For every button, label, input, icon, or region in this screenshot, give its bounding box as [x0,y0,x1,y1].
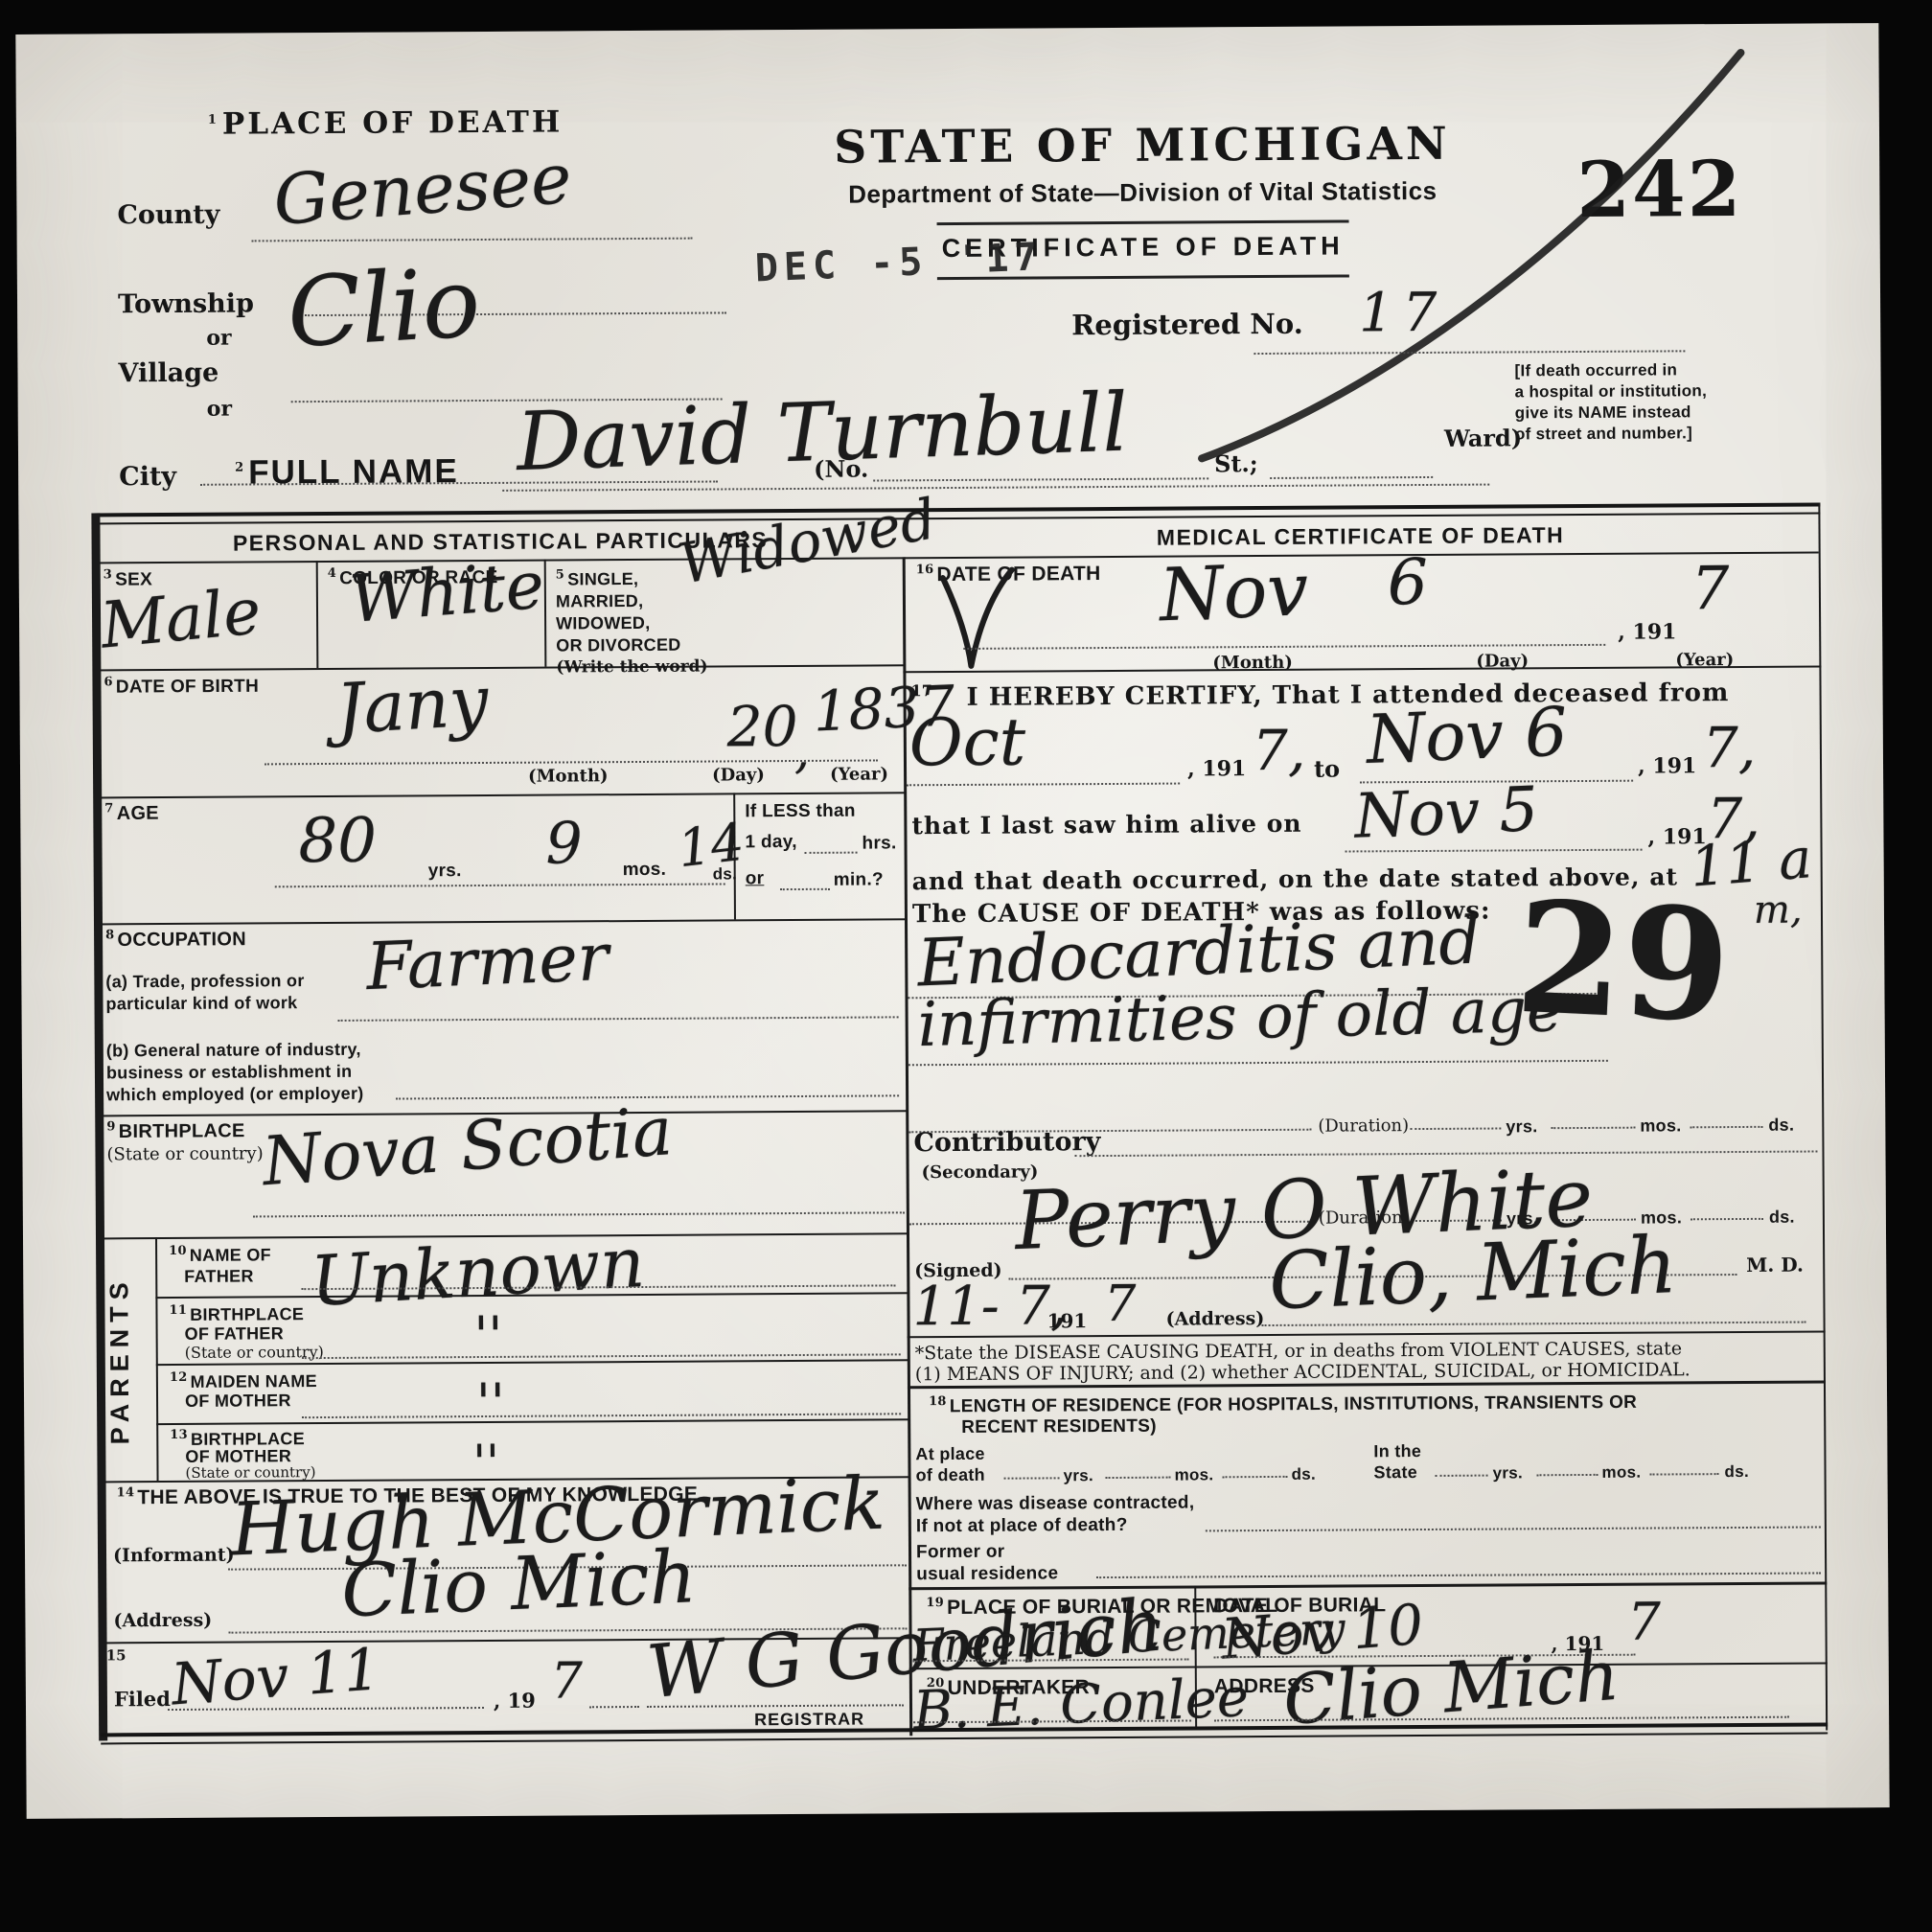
hospital-note-line: a hospital or institution, [1515,380,1783,403]
row-rule [95,792,906,798]
death-year-handwriting: 7 [1691,559,1730,618]
last-saw-handwriting: Nov 5 [1353,779,1539,848]
contributory-ds-label: ds. [1769,1208,1795,1228]
informant-address-handwriting: Clio Mich [340,1540,698,1627]
field-number: 8 [105,928,114,942]
age-yrs-label: yrs. [428,862,462,882]
full-name-heading: 2FULL NAME [235,453,459,492]
residence-rule [1436,1475,1488,1477]
age-mos-label: mos. [623,861,667,881]
age-less-note-2: 1 day, [745,833,796,853]
residence-where-rule [1206,1526,1821,1531]
physician-address-handwriting: Clio, Mich [1268,1227,1679,1322]
residence-at-place-label: At place [915,1445,985,1464]
sex-value-handwriting: Male [98,580,264,657]
marital-label-line: WIDOWED, [556,612,707,635]
mother-maiden-heading: 12MAIDEN NAME [170,1370,317,1392]
attended-to-year-handwriting: 7, [1703,720,1757,775]
full-name-value-handwriting: David Turnbull [516,382,1130,483]
occupation-a-line [338,1016,899,1022]
father-birthplace-label-line: OF FATHER [185,1324,284,1344]
ward-label: Ward) [1444,425,1522,451]
signed-year-printed: 191 [1046,1310,1087,1331]
filed-year-handwriting: 7 [551,1656,583,1706]
burial-year-handwriting: 7 [1627,1597,1661,1648]
attended-from-handwriting: Oct [909,711,1026,777]
field-number: 3 [103,567,112,582]
dob-year-sublabel: (Year) [830,765,888,784]
city-label: City [119,463,176,492]
father-name-heading: 10NAME OF [169,1244,271,1265]
case-number-handwriting: 29 [1513,881,1734,1044]
field-number: 18 [929,1394,947,1409]
occupation-b-label-line: (b) General nature of industry, [106,1041,361,1061]
father-name-label-line: NAME OF [190,1245,271,1265]
dob-comma-handwriting: , [794,727,810,775]
residence-former-rule [1096,1572,1821,1578]
birthplace-note: (State or country) [106,1144,263,1164]
age-label: AGE [117,803,159,824]
physician-address-label: (Address) [1165,1309,1264,1330]
age-less-note-1: If LESS than [745,802,856,823]
cause-duration-label: (Duration) [1318,1116,1409,1136]
field-number: 19 [926,1596,944,1610]
age-hrs-line [805,852,858,854]
residence-of-death-label: of death [915,1466,985,1485]
field-number: 17 [910,682,931,700]
death-day-sublabel: (Day) [1476,652,1529,671]
attended-from-year-handwriting: 7, [1253,723,1306,778]
cause-duration-rule [1410,1128,1501,1131]
attended-from-line [907,783,1180,787]
death-date-line [963,644,1605,650]
residence-former-label-2: usual residence [916,1564,1058,1585]
filed-year-printed: , 19 [494,1690,536,1712]
residence-rule [1106,1477,1171,1479]
dob-line [264,759,878,765]
age-ds-label: ds. [713,865,738,884]
cell-divider [316,561,319,668]
race-value-handwriting: White [348,554,547,633]
section-title-right: MEDICAL CERTIFICATE OF DEATH [905,521,1815,551]
field-number: 14 [117,1485,135,1500]
field-number: 12 [170,1370,188,1385]
dob-day-handwriting: 20 [727,699,798,754]
residence-ds-label: ds. [1724,1463,1749,1482]
registrar-line [647,1704,904,1708]
occupation-b-label-line: which employed (or employer) [106,1085,364,1105]
parents-strip-divider [155,1237,159,1481]
field-number: 6 [103,675,112,689]
table-right-border [1818,502,1828,1730]
township-label: Township [118,289,254,319]
row-rule [156,1418,909,1425]
occupation-b-label-line: business or establishment in [106,1063,353,1083]
parents-vertical-label: PARENTS [105,1233,135,1444]
age-months-handwriting: 9 [545,815,583,872]
full-name-line [502,484,1489,492]
residence-heading: 18LENGTH OF RESIDENCE (FOR HOSPITALS, IN… [929,1391,1637,1418]
signed-year-handwriting: 7 [1104,1279,1136,1329]
occupation-value-handwriting: Farmer [365,926,609,1000]
time-of-death-m-handwriting: m, [1754,891,1803,930]
residence-rule [1650,1473,1719,1475]
cause-mos-label: mos. [1640,1116,1681,1136]
street-no-line [873,477,1208,481]
md-label: M. D. [1746,1254,1804,1276]
mother-maiden-ditto: '' [476,1377,505,1429]
residence-yrs-label: yrs. [1063,1467,1093,1485]
marital-label-line: SINGLE, [567,569,638,588]
informant-address-label: (Address) [113,1611,212,1632]
registered-no-value: 17 [1359,287,1447,341]
attended-to-handwriting: Nov 6 [1365,698,1568,773]
birthplace-line [253,1211,905,1217]
death-year-sublabel: (Year) [1675,651,1734,670]
field-number: 11 [169,1303,187,1318]
residence-rule [1537,1474,1598,1476]
cause-yrs-label: yrs. [1506,1117,1537,1137]
place-of-death-label: PLACE OF DEATH [222,104,563,141]
marital-value-handwriting: Widowed [676,491,940,592]
death-day-handwriting: 6 [1388,551,1428,614]
age-min-label: min.? [834,870,884,890]
row-rule [94,664,905,671]
field-number: 2 [235,461,245,475]
cause-line-2-rule [908,1060,1608,1066]
signed-date-handwriting: 11- 7, [912,1279,1068,1334]
residence-rule [1223,1476,1288,1478]
field-number: 13 [170,1428,188,1442]
death-year-printed: , 191 [1618,620,1676,644]
county-label: County [117,201,219,230]
contributory-label: Contributory [913,1128,1100,1158]
filed-label: Filed [114,1688,171,1710]
hospital-note-line: [If death occurred in [1514,359,1782,382]
father-birthplace-label-line: BIRTHPLACE [190,1304,304,1324]
age-or-label: or [746,869,765,889]
death-month-sublabel: (Month) [1212,654,1293,673]
father-birthplace-heading: 11BIRTHPLACE [169,1303,304,1325]
residence-in-the-label: In the [1373,1442,1421,1461]
certify-line-2: that I last saw him alive on [911,811,1301,839]
field-number: 5 [556,567,564,582]
dob-day-sublabel: (Day) [712,766,765,785]
township-value-handwriting: Clio [285,255,482,362]
or-label-2: or [207,398,232,421]
residence-mos-label: mos. [1174,1466,1213,1484]
dob-month-sublabel: (Month) [528,767,609,786]
place-of-death-heading: 1PLACE OF DEATH [208,105,563,140]
dob-heading: 6DATE OF BIRTH [103,675,259,698]
cause-line-2-handwriting: infirmities of old age [917,979,1564,1056]
contributory-duration-rule [1690,1218,1763,1220]
father-name-value-handwriting: Unknown [309,1228,646,1316]
field-number: 9 [106,1119,115,1134]
field-number: 10 [169,1244,187,1258]
street-line [1270,476,1433,479]
mother-maiden-label-line: MAIDEN NAME [191,1371,317,1391]
marital-label-line: OR DIVORCED [556,634,707,657]
county-line [252,238,693,242]
attended-from-year-printed: , 191 [1187,757,1246,781]
full-name-label: FULL NAME [248,452,459,491]
dob-month-handwriting: Jany [334,666,491,744]
attended-to-year-printed: , 191 [1638,754,1696,778]
hospital-note: [If death occurred in a hospital or inst… [1514,359,1783,446]
father-birthplace-ditto: '' [473,1310,502,1362]
cause-duration-rule [1551,1127,1635,1130]
age-years-handwriting: 80 [298,811,377,872]
age-min-line [780,888,830,890]
filed-date-handwriting: Nov 11 [170,1641,382,1713]
occupation-label: OCCUPATION [117,929,246,951]
residence-label-line: LENGTH OF RESIDENCE (FOR HOSPITALS, INST… [950,1392,1637,1416]
age-hrs-label: hrs. [862,834,896,854]
street-label: St.; [1214,451,1258,477]
registrar-label: REGISTRAR [754,1711,864,1730]
filed-year-line [589,1706,639,1708]
residence-state-label: State [1373,1463,1417,1483]
cause-ds-label: ds. [1768,1116,1794,1136]
residence-mos-label: mos. [1601,1464,1641,1483]
field-number: 4 [328,566,336,581]
table-top-rule [93,502,1820,524]
dob-label: DATE OF BIRTH [116,677,259,698]
occupation-heading: 8OCCUPATION [105,929,246,952]
mother-birthplace-note: (State or country) [185,1464,315,1481]
check-mark-ink [931,551,1019,686]
mother-maiden-label-line: OF MOTHER [185,1391,291,1411]
birthplace-heading: 9BIRTHPLACE [106,1120,244,1143]
field-number: 1 [208,112,219,126]
father-birthplace-line [302,1353,901,1359]
field-number: 7 [104,801,113,816]
birthplace-value-handwriting: Nova Scotia [260,1097,675,1195]
county-value-handwriting: Genesee [271,144,574,235]
residence-where-label-1: Where was disease contracted, [916,1493,1195,1515]
occupation-a-label-line: (a) Trade, profession or [105,972,304,992]
hospital-note-line: of street and number.] [1515,423,1783,446]
field-number: 15 [106,1647,126,1664]
father-name-label-line: FATHER [184,1267,254,1286]
cause-duration-rule [1690,1126,1762,1128]
occupation-a-label-line: particular kind of work [105,994,297,1014]
marital-note: (Write the word) [556,656,707,678]
residence-where-label-2: If not at place of death? [916,1516,1128,1537]
age-heading: 7AGE [104,802,159,824]
village-label: Village [118,359,218,388]
certificate-paper: 1PLACE OF DEATH County Genesee Township … [15,23,1889,1819]
scanned-death-certificate: 1PLACE OF DEATH County Genesee Township … [0,0,1932,1932]
undertaker-signature-handwriting: B. E. Conlee [912,1671,1250,1738]
birthplace-label: BIRTHPLACE [119,1120,245,1142]
registered-no-label: Registered No. [1071,310,1303,341]
hospital-note-line: give its NAME instead [1515,402,1783,425]
residence-yrs-label: yrs. [1492,1464,1523,1483]
or-label-1: or [206,327,231,350]
age-line [275,883,725,887]
residence-label-line: RECENT RESIDENTS) [961,1417,1157,1438]
certify-to-label: to [1314,757,1340,783]
certify-line-1: I HEREBY CERTIFY, That I attended deceas… [966,679,1729,711]
residence-rule [1004,1477,1060,1479]
residence-ds-label: ds. [1291,1466,1316,1484]
death-month-handwriting: Nov [1158,553,1309,632]
residence-former-label-1: Former or [916,1543,1005,1563]
informant-label: (Informant) [113,1546,235,1567]
mother-maiden-line [302,1413,901,1418]
